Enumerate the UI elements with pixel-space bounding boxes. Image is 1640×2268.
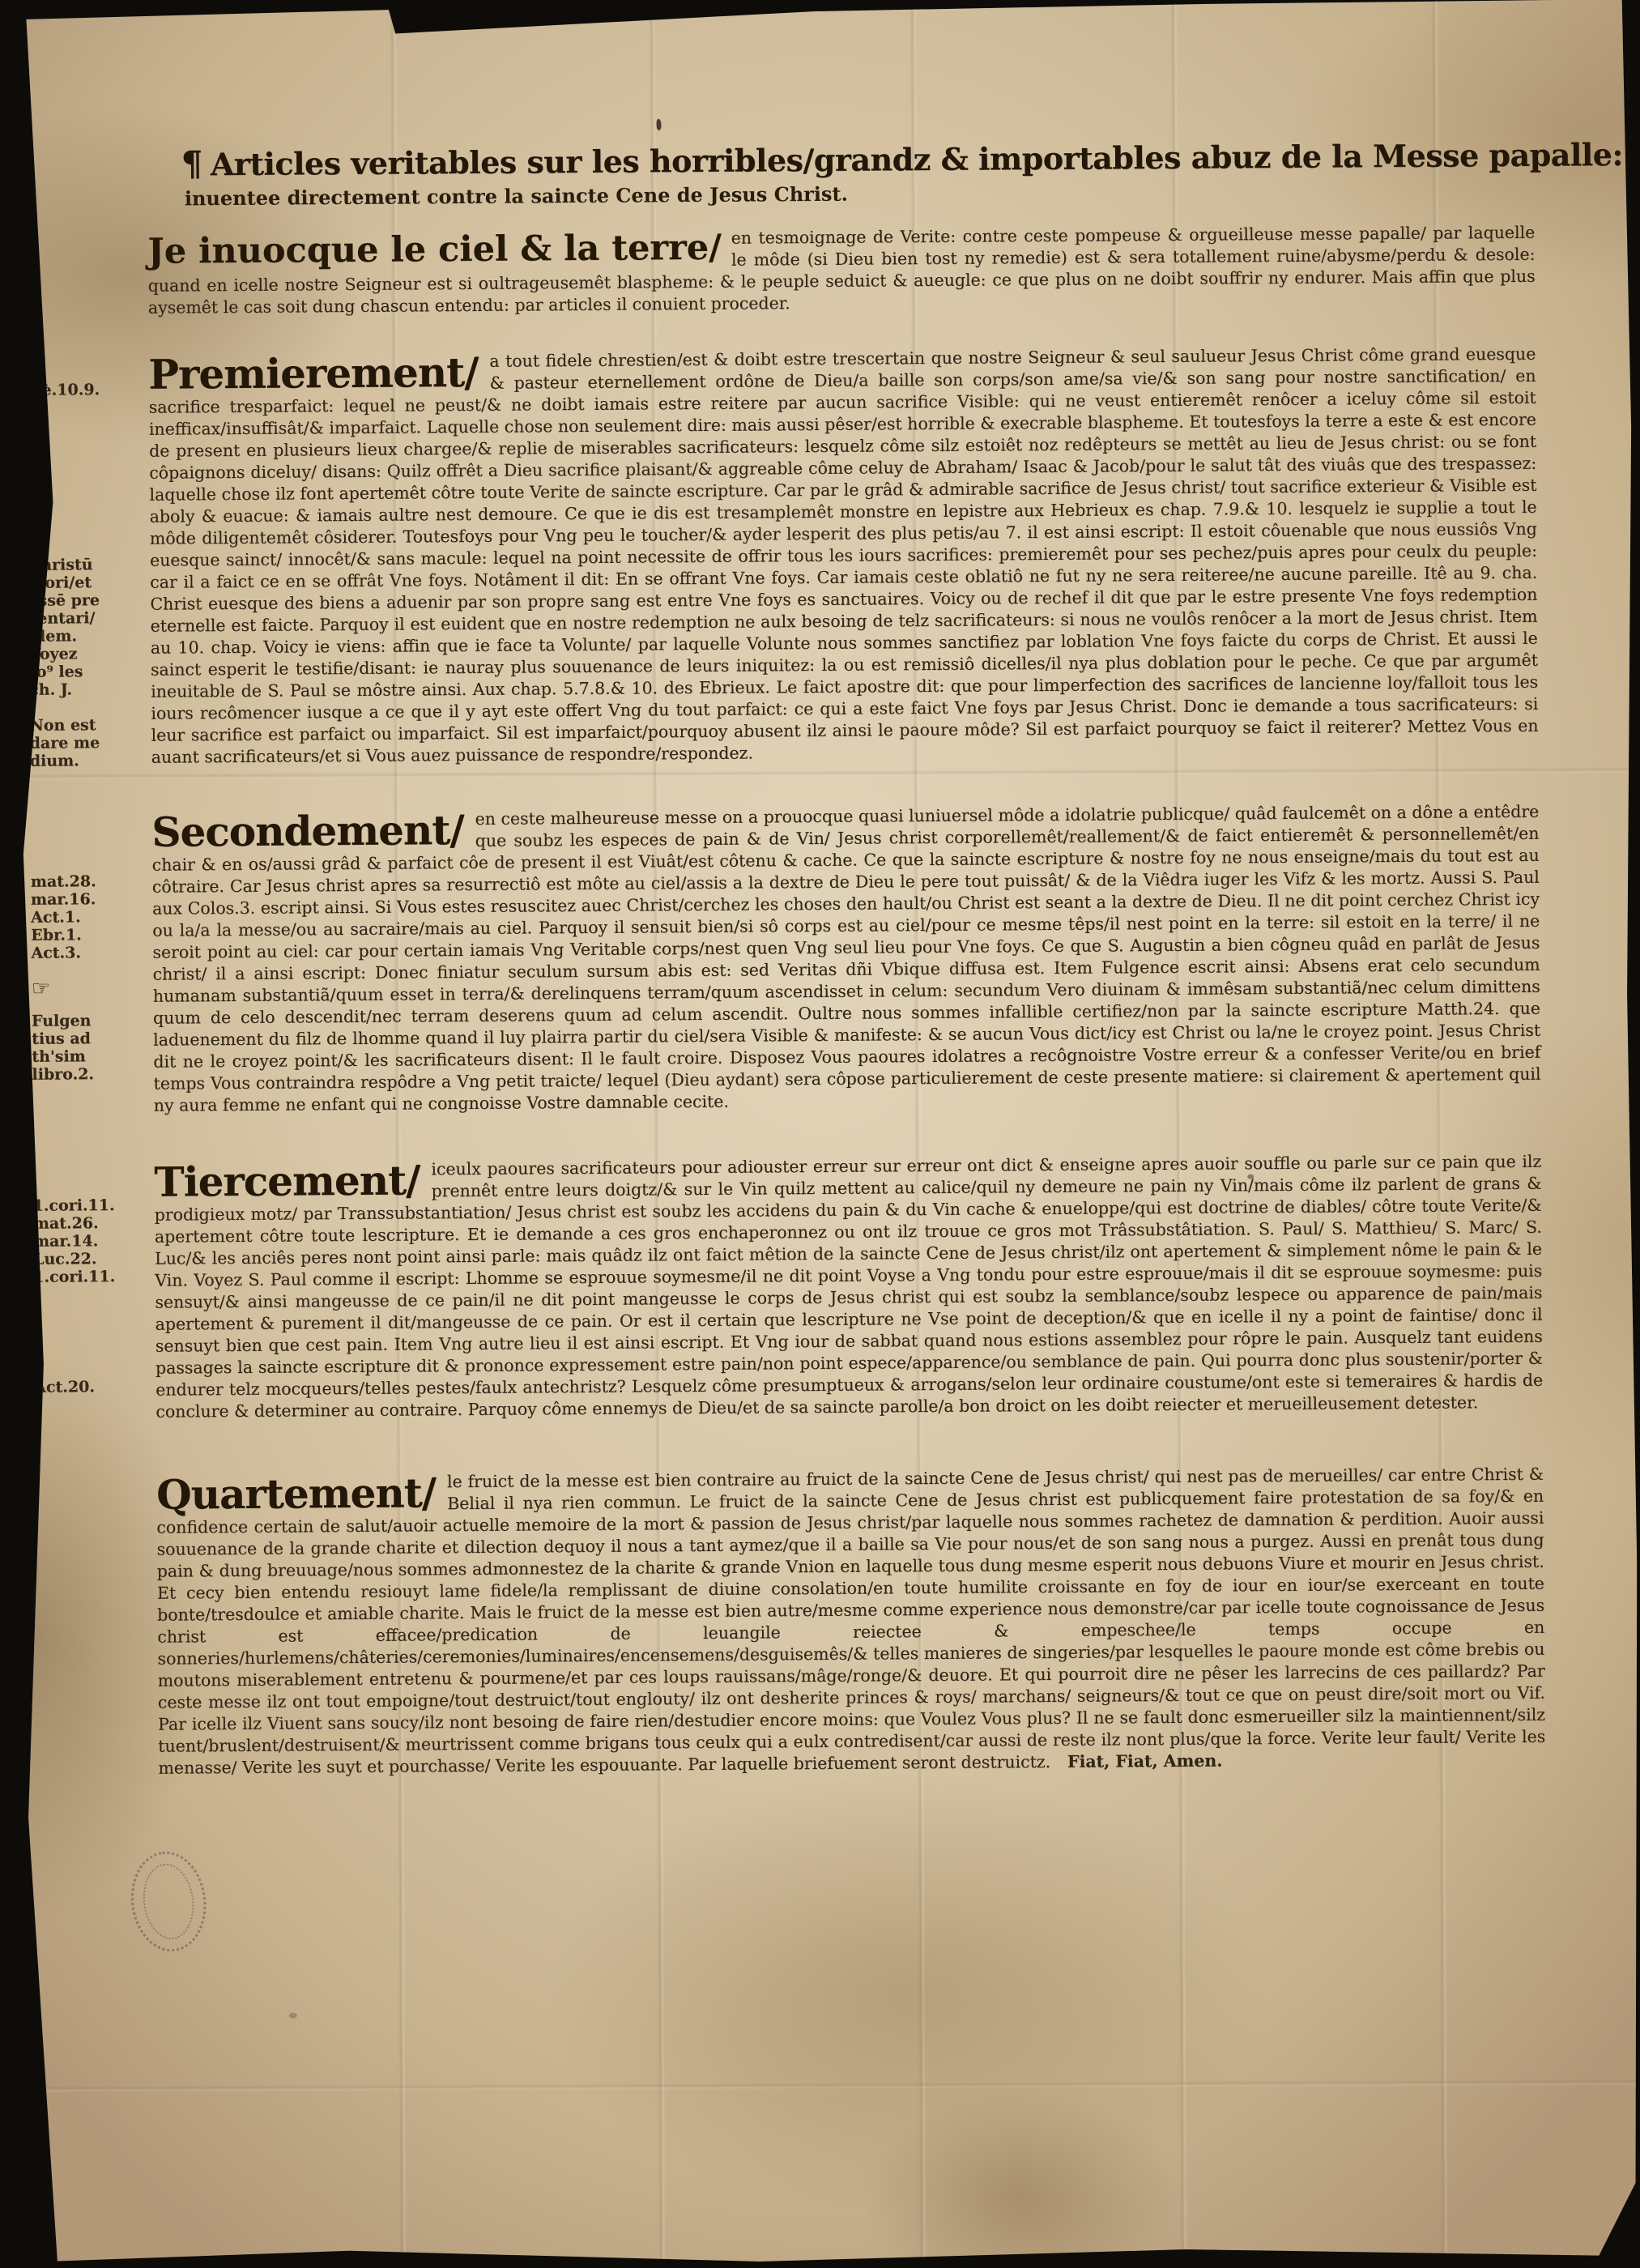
margin-note-gospel-refs: mat.28. mar.16. Act.1. Ebr.1. Act.3. [31,872,138,962]
document-subtitle: inuentee directement contre la saincte C… [185,177,1535,211]
heading-quartement: Quartement/ [156,1471,447,1517]
section-premierement: Hè.10.9. Christū mori/et essē pre sentar… [148,343,1539,769]
body-premierement: a tout fidele chrestien/est & doibt estr… [149,344,1539,767]
parchment-sheet: ¶Articles veritables sur les horribles/g… [0,0,1640,2268]
printed-text-block: ¶Articles veritables sur les horribles/g… [24,0,1600,2268]
section-quartement: Quartement/le fruict de la messe est bie… [156,1464,1546,1780]
heading-premierement: Premierement/ [148,351,489,397]
capitulum-mark: ¶ [181,143,211,183]
section-secondement: mat.28. mar.16. Act.1. Ebr.1. Act.3. ☞ F… [151,801,1541,1117]
manicule-icon: ☞ [32,979,138,998]
heading-secondement: Secondement/ [151,808,475,855]
margin-note-hebrews: Hè.10.9. [27,381,134,399]
title-text: Articles veritables sur les horribles/gr… [211,136,1623,182]
margin-note-non-est-dare: Non est dare me dium. [29,716,136,770]
heading-tiercement: Tiercement/ [154,1158,431,1204]
section-tiercement: 1.cori.11. mat.26. mar.14. Luc.22. 1.cor… [154,1151,1543,1423]
library-stamp-inner [138,1861,198,1942]
margin-note-fulgentius: Fulgen tius ad th'sim libro.2. [32,1012,139,1084]
margin-note-supper-refs: 1.cori.11. mat.26. mar.14. Luc.22. 1.cor… [33,1196,141,1286]
invocation-paragraph: Je inuocque le ciel & la terre/en tesmoi… [147,222,1536,319]
document-title: ¶Articles veritables sur les horribles/g… [181,134,1534,184]
invocation-opener: Je inuocque le ciel & la terre/ [147,228,731,272]
closing-fiat-amen: Fiat, Fiat, Amen. [1056,1751,1223,1771]
margin-note-christum-mori: Christū mori/et essē pre sentari/ idem. … [28,556,136,699]
margin-note-acts: Act.20. [34,1378,141,1396]
